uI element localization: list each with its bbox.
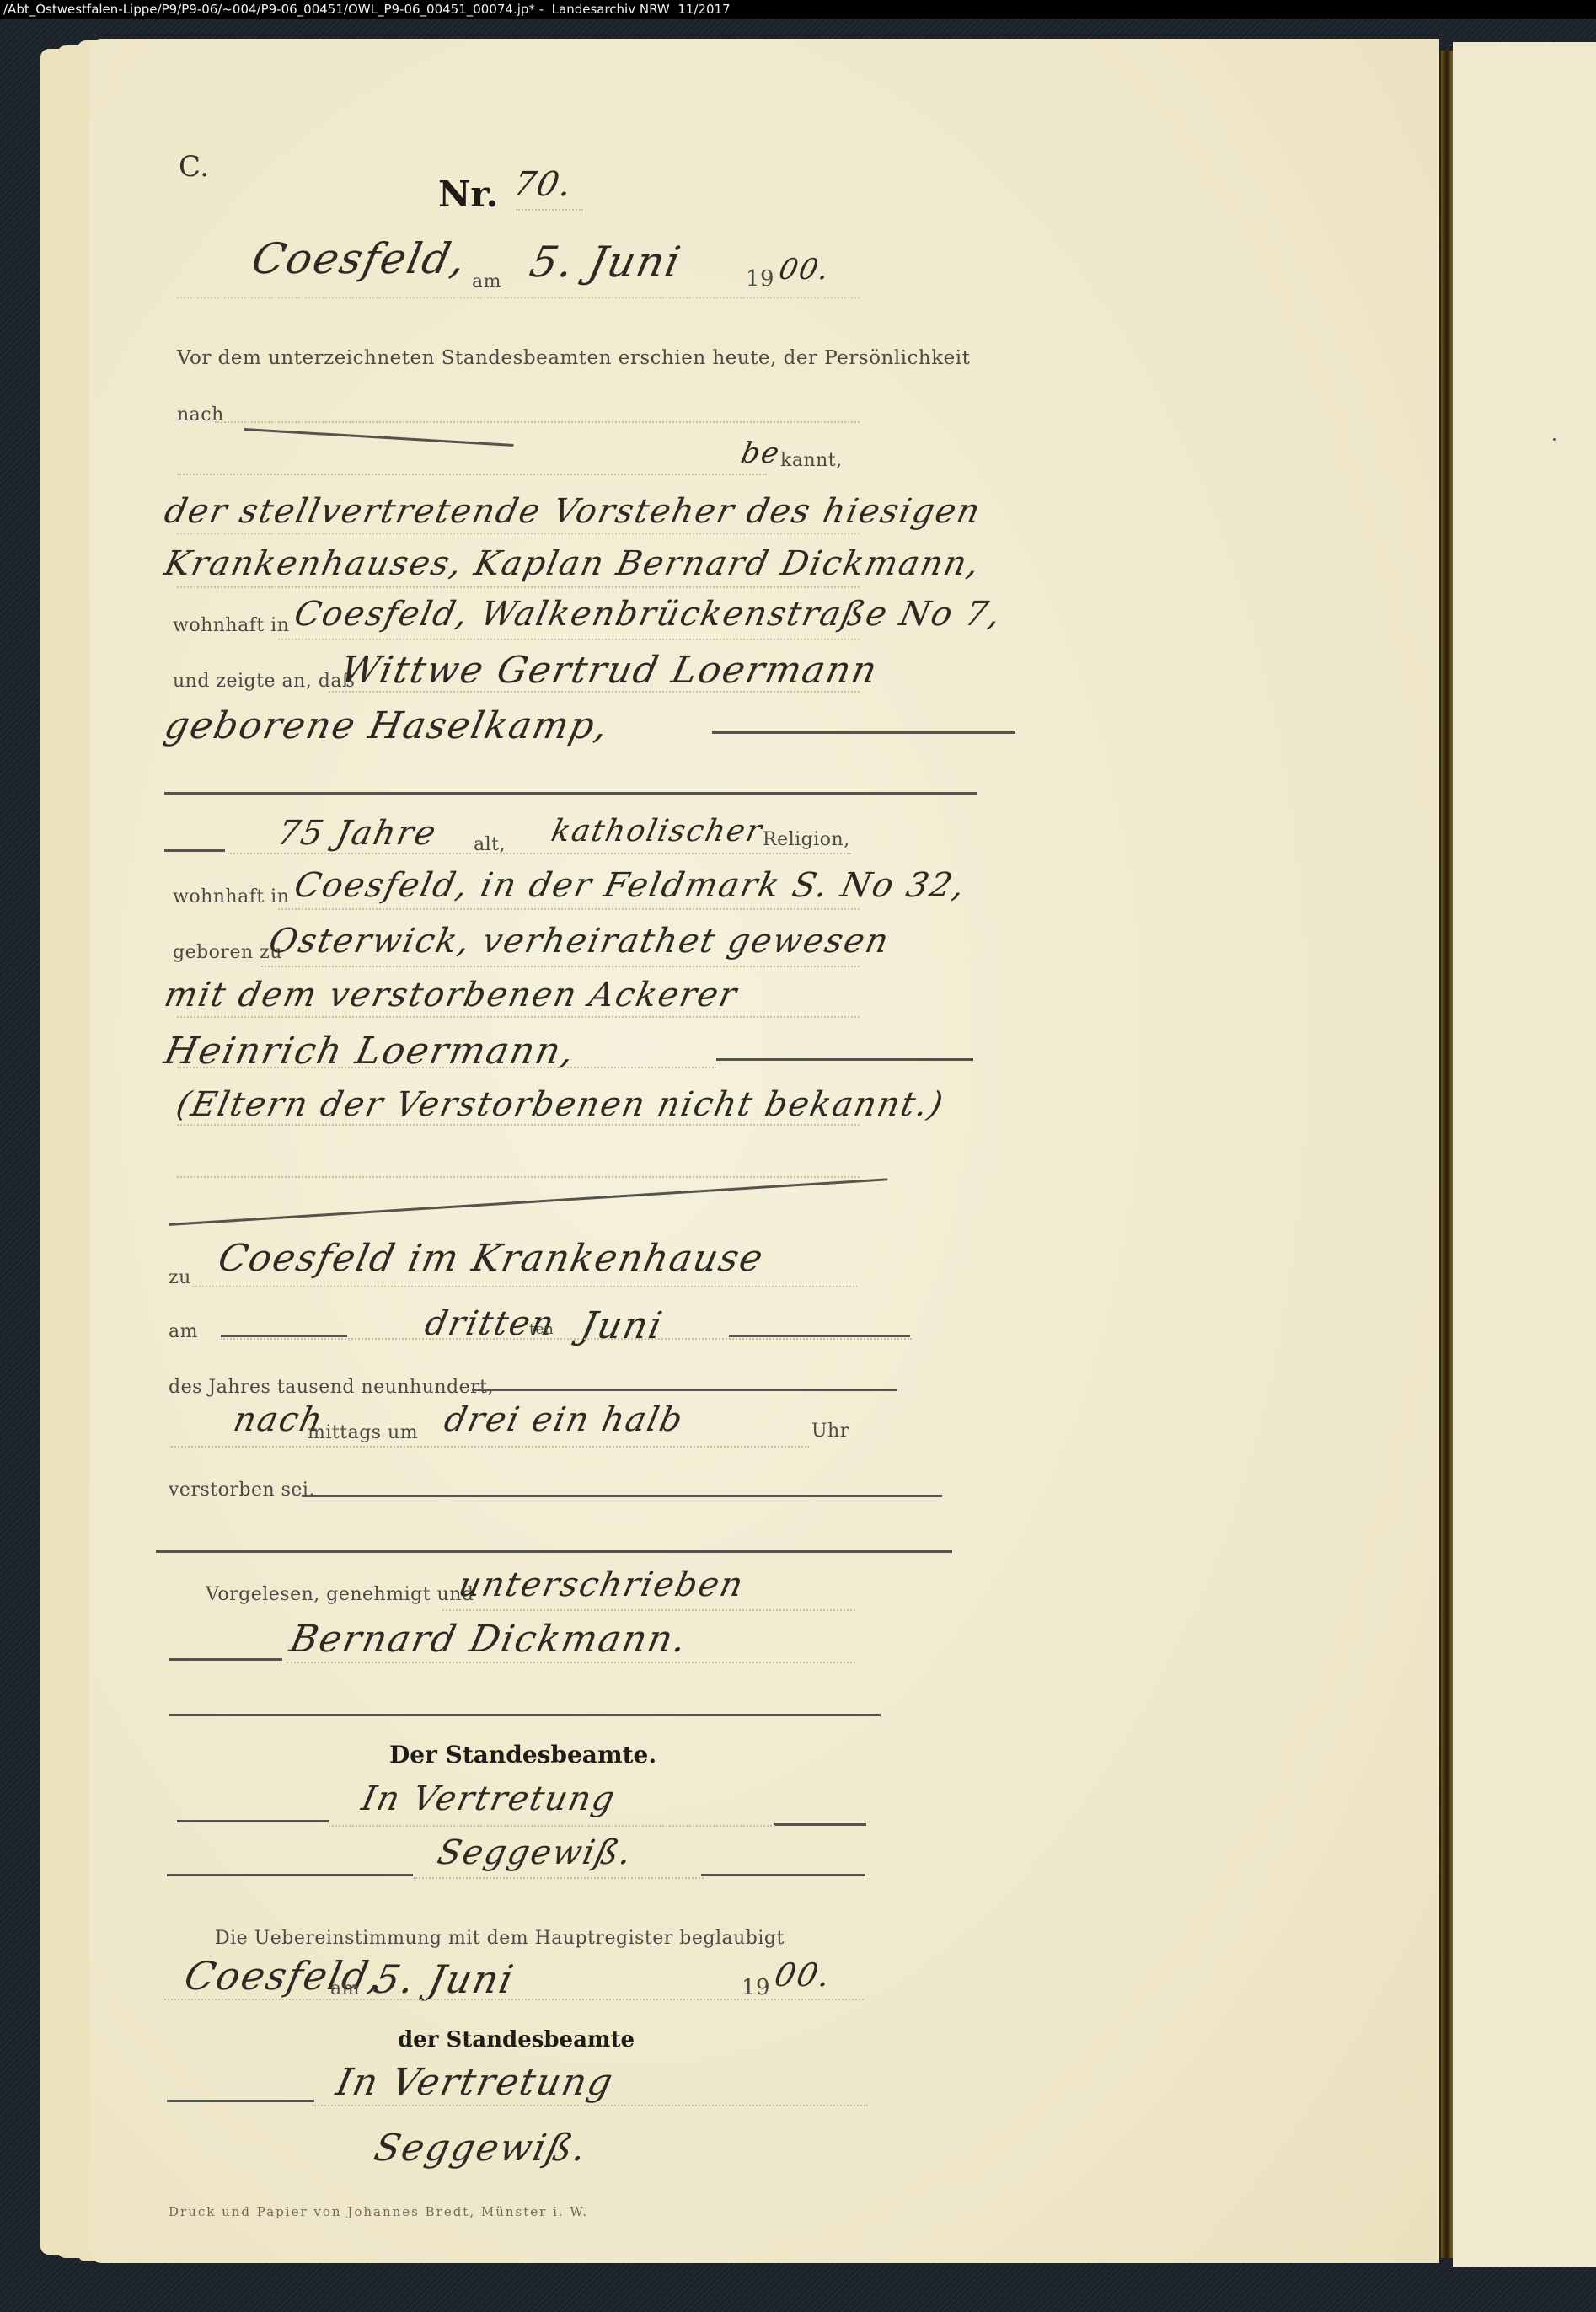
record-day-month: 5. Juni [526, 238, 686, 286]
deceased-religion: katholischer [549, 814, 767, 848]
fill-line [167, 2100, 314, 2102]
certification-year-prefix: 19 [742, 1975, 770, 2000]
fill-line [774, 1823, 866, 1826]
bekannt-hand: be [738, 436, 784, 470]
ten-label: ten [529, 1321, 554, 1338]
dotted-line [177, 474, 767, 475]
parents-note: (Eltern der Verstorbenen nicht bekannt.) [173, 1085, 948, 1124]
jahres-label: des Jahres tausend neunhundert, [169, 1377, 494, 1398]
book-gutter [1441, 51, 1453, 2258]
declarant-line-1: der stellvertretende Vorsteher des hiesi… [161, 492, 985, 531]
fill-line [472, 1389, 897, 1391]
dotted-line [228, 853, 851, 854]
fill-line [167, 1874, 413, 1876]
dotted-line [287, 1662, 855, 1663]
dotted-line [177, 1067, 716, 1068]
dotted-line [177, 297, 860, 298]
deceased-name-line-1: Wittwe Gertrud Loermann [337, 649, 882, 692]
wohnhaft-label: wohnhaft in [173, 615, 289, 636]
uhr-label: Uhr [811, 1421, 849, 1442]
dotted-line [329, 691, 860, 693]
dotted-line [215, 421, 860, 423]
certification-statement: Die Uebereinstimmung mit dem Hauptregist… [215, 1928, 785, 1949]
official-vertretung: In Vertretung [358, 1779, 619, 1818]
zu-label: zu [169, 1267, 191, 1288]
vorgelesen-hand: unterschrieben [455, 1565, 747, 1604]
am-label-2: am [169, 1321, 198, 1342]
official-signature: Seggewiß. [434, 1833, 636, 1872]
declarant-signature: Bernard Dickmann. [287, 1618, 692, 1661]
deceased-residence: Coesfeld, in der Feldmark S. No 32, [291, 866, 970, 905]
section-letter: C. [179, 150, 210, 184]
printer-imprint: Druck und Papier von Johannes Bredt, Mün… [169, 2204, 588, 2219]
death-month: Juni [577, 1304, 667, 1347]
dotted-line [261, 966, 860, 967]
wohnhaft-label-2: wohnhaft in [173, 886, 289, 907]
birth-place: Osterwick, verheirathet gewesen [265, 922, 893, 961]
dotted-line [177, 533, 860, 534]
intro-line: Vor dem unterzeichneten Standesbeamten e… [177, 347, 970, 369]
official-title: Der Standesbeamte. [389, 1741, 656, 1769]
declarant-line-2: Krankenhauses, Kaplan Bernard Dickmann, [161, 544, 984, 583]
bekannt-label: kannt, [780, 450, 843, 471]
year-suffix: 00. [776, 253, 834, 286]
certification-year-suffix: 00. [771, 1956, 835, 1994]
entry-number-value: 70. [510, 165, 576, 204]
dotted-line [278, 639, 860, 640]
fill-line [302, 1495, 942, 1497]
fill-line [177, 1820, 329, 1822]
dotted-line [169, 1446, 809, 1448]
death-place: Coesfeld im Krankenhause [215, 1237, 769, 1280]
certification-day-month: 5. Juni [370, 1956, 518, 2002]
religion-label: Religion, [763, 829, 850, 850]
declarant-residence: Coesfeld, Walkenbrückenstraße No 7, [291, 595, 1005, 634]
facing-page [1453, 42, 1596, 2267]
year-prefix: 19 [746, 266, 774, 292]
dotted-line [164, 1999, 864, 2000]
verstorben-label: verstorben sei. [169, 1480, 315, 1501]
fill-line [169, 1714, 881, 1716]
certification-vertretung: In Vertretung [333, 2061, 619, 2104]
am-label: am [472, 271, 501, 292]
dotted-line [329, 1825, 775, 1827]
fill-line [701, 1874, 865, 1876]
fill-line [712, 731, 1015, 734]
fill-line [716, 1058, 973, 1061]
dotted-line [177, 1176, 860, 1178]
mittags-label: mittags um [308, 1422, 418, 1443]
fill-line [729, 1335, 910, 1337]
certification-official-title: der Standesbeamte [398, 2027, 635, 2052]
spouse-line-1: mit dem verstorbenen Ackerer [161, 976, 742, 1014]
certification-signature: Seggewiß. [371, 2127, 592, 2170]
dotted-line [442, 1609, 855, 1611]
fill-line [164, 849, 225, 852]
archive-path-bar: /Abt_Ostwestfalen-Lippe/P9/P9-06/~004/P9… [0, 0, 1596, 19]
dotted-line [177, 586, 860, 588]
fill-line [169, 1658, 282, 1661]
dotted-line [413, 1877, 704, 1879]
facing-page-mark [1553, 438, 1556, 441]
death-time: drei ein halb [441, 1400, 688, 1439]
dotted-line [177, 1016, 860, 1018]
dotted-line [516, 209, 583, 211]
dotted-line [177, 1124, 860, 1126]
dotted-line [221, 1338, 912, 1340]
dotted-line [192, 1286, 858, 1287]
zeigte-an-label: und zeigte an, daß [173, 671, 355, 692]
dotted-line [278, 908, 860, 910]
entry-number-label: Nr. [438, 174, 498, 215]
fill-line [221, 1335, 347, 1337]
certification-am: am [330, 1978, 360, 1999]
vorgelesen-label: Vorgelesen, genehmigt und [206, 1584, 474, 1605]
dotted-line [312, 2105, 868, 2106]
deceased-name-line-2: geborene Haselkamp, [161, 704, 613, 747]
fill-line [164, 792, 977, 795]
fill-line [156, 1550, 952, 1553]
deceased-age: 75 Jahre [274, 814, 441, 853]
record-place: Coesfeld, [248, 234, 472, 283]
